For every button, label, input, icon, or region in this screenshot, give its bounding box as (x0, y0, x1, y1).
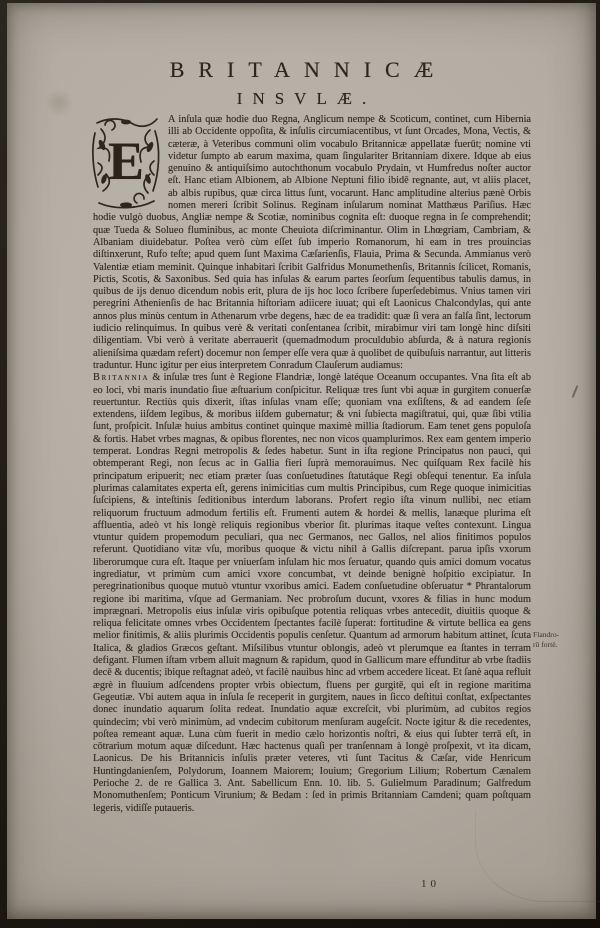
decorated-initial: E (91, 115, 161, 211)
marginal-annotation: Flandro- rū fortè. (533, 630, 593, 649)
pen-mark (572, 385, 578, 398)
marginal-annotation-line1: Flandro- (533, 630, 593, 640)
paper-sheet: BRITANNICÆ INSVLÆ. (7, 3, 596, 919)
paragraph-2-text: & inſulæ tres ſunt è Regione Flandriæ, l… (93, 372, 531, 813)
book-page-photo: BRITANNICÆ INSVLÆ. (0, 0, 600, 928)
paragraph-2: Britannia& inſulæ tres ſunt è Regione Fl… (93, 372, 531, 815)
body-text: E A inſula quæ hodie duo Regna, Anglicum… (93, 114, 531, 815)
paragraph-1: E A inſula quæ hodie duo Regna, Anglicum… (93, 114, 531, 372)
page-number: 10 (421, 878, 440, 890)
marginal-annotation-line2: rū fortè. (533, 640, 593, 650)
page-header: BRITANNICÆ INSVLÆ. (7, 57, 596, 109)
page-title: BRITANNICÆ (7, 57, 596, 83)
drop-cap-letter: E (108, 131, 144, 191)
page-subtitle: INSVLÆ. (7, 89, 596, 109)
woodcut-initial-ornament: E (91, 115, 161, 211)
page-crease (475, 811, 600, 902)
paragraph-2-lead-word: Britannia (93, 372, 149, 383)
